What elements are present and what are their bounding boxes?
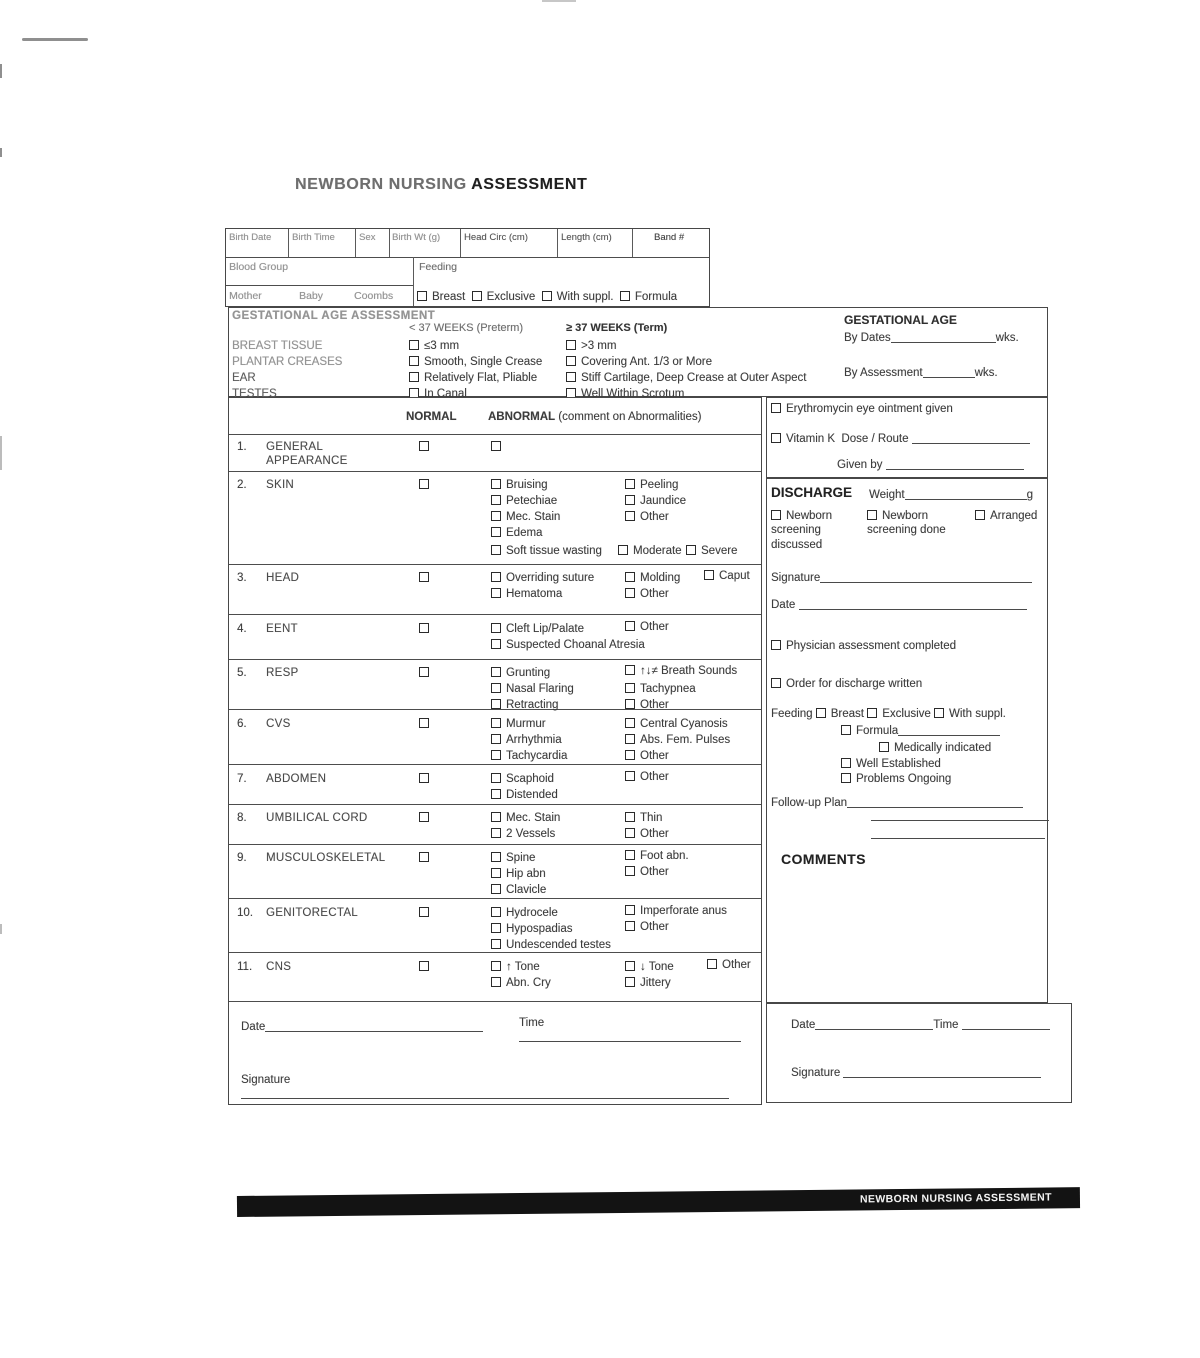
scan-artifact <box>22 38 88 41</box>
checkbox-tachypnea[interactable]: Tachypnea <box>625 682 696 696</box>
checkbox-severe[interactable]: Severe <box>686 544 737 558</box>
discharge-title: DISCHARGE <box>771 485 852 502</box>
checkbox-cns-other[interactable]: Other <box>707 958 751 972</box>
dose-route-label: Dose / Route <box>841 433 908 445</box>
checkbox-petechiae[interactable]: Petechiae <box>491 494 557 508</box>
followup-blank-3 <box>871 827 1045 839</box>
discharge-feeding-label: Feeding <box>771 708 813 720</box>
checkbox-msk-other[interactable]: Other <box>625 865 669 879</box>
checkbox-overriding-suture[interactable]: Overriding suture <box>491 571 594 585</box>
followup-blank-2 <box>871 809 1049 821</box>
row-label-umbilical-cord: UMBILICAL CORD <box>266 811 368 825</box>
checkbox-hematoma[interactable]: Hematoma <box>491 587 562 601</box>
checkbox-cvs-other[interactable]: Other <box>625 749 669 763</box>
feeding-label: Feeding <box>419 261 457 274</box>
checkbox-discharge-with-suppl[interactable]: With suppl. <box>934 708 1006 720</box>
checkbox-tachycardia[interactable]: Tachycardia <box>491 749 567 763</box>
row-label-cns: CNS <box>266 960 291 974</box>
checkbox-hypospadias[interactable]: Hypospadias <box>491 922 572 936</box>
time-blank <box>962 1018 1050 1030</box>
followup-label: Follow-up Plan <box>771 797 847 809</box>
checkbox-screening-done[interactable]: Newborn screening done <box>867 509 979 538</box>
checkbox-abdomen-other[interactable]: Other <box>625 770 669 784</box>
checkbox-abs-fem-pulses[interactable]: Abs. Fem. Pulses <box>625 733 730 747</box>
signature-label: Signature <box>791 1067 840 1079</box>
checkbox-arranged[interactable]: Arranged <box>975 509 1037 523</box>
checkbox-problems-ongoing[interactable]: Problems Ongoing <box>841 772 951 786</box>
checkbox-resp-other[interactable]: Other <box>625 698 669 712</box>
checkbox-feeding-formula[interactable]: Formula <box>620 291 677 303</box>
field-birth-time: Birth Time <box>292 232 335 244</box>
field-birth-date: Birth Date <box>229 232 271 244</box>
discharge-signature-blank <box>820 571 1032 583</box>
checkbox-clavicle[interactable]: Clavicle <box>491 883 546 897</box>
checkbox-moderate[interactable]: Moderate <box>618 544 682 558</box>
checkbox-normal-eent[interactable] <box>419 622 434 636</box>
checkbox-2-vessels[interactable]: 2 Vessels <box>491 827 555 841</box>
checkbox-hydrocele[interactable]: Hydrocele <box>491 906 558 920</box>
page-title: NEWBORN NURSING ASSESSMENT <box>295 175 587 195</box>
row-label-cvs: CVS <box>266 717 291 731</box>
checkbox-normal-head[interactable] <box>419 571 434 585</box>
checkbox-vitamin-k[interactable]: Vitamin K <box>771 433 835 445</box>
date-label: Date <box>791 1019 815 1031</box>
row-label-genitorectal: GENITORECTAL <box>266 906 358 920</box>
row-number: 3. <box>237 571 247 585</box>
discharge-date-blank <box>799 598 1027 610</box>
row-label-resp: RESP <box>266 666 299 680</box>
row-number: 5. <box>237 666 247 680</box>
checkbox-eent-other[interactable]: Other <box>625 620 669 634</box>
date-label: Date <box>241 1021 265 1033</box>
signature-blank <box>241 1087 729 1099</box>
checkbox-normal-general[interactable] <box>419 440 434 454</box>
checkbox-breath-sounds[interactable]: ↑↓≠ Breath Sounds <box>625 664 737 678</box>
signature-label: Signature <box>241 1074 290 1086</box>
scan-artifact <box>542 0 576 2</box>
checkbox-breast-term[interactable]: >3 mm <box>566 339 616 353</box>
checkbox-genitorectal-other[interactable]: Other <box>625 920 669 934</box>
mother-label: Mother <box>229 290 262 303</box>
scanned-form-page: NEWBORN NURSING ASSESSMENT Birth Date Bi… <box>0 0 1200 1358</box>
gestational-section-title: GESTATIONAL AGE ASSESSMENT <box>232 309 435 323</box>
checkbox-normal-abdomen[interactable] <box>419 772 434 786</box>
time-blank <box>519 1030 741 1042</box>
checkbox-plantar-term[interactable]: Covering Ant. 1/3 or More <box>566 355 712 369</box>
id-table: Birth Date Birth Time Sex Birth Wt (g) H… <box>225 228 710 307</box>
checkbox-distended[interactable]: Distended <box>491 788 558 802</box>
row-label-skin: SKIN <box>266 478 294 492</box>
date-blank <box>815 1018 933 1030</box>
checkbox-central-cyanosis[interactable]: Central Cyanosis <box>625 717 728 731</box>
formula-blank <box>898 724 1000 736</box>
field-band: Band # <box>654 232 684 244</box>
breast-tissue-label: BREAST TISSUE <box>232 339 322 353</box>
discharge-date-label: Date <box>771 599 795 611</box>
checkbox-normal-genitorectal[interactable] <box>419 906 434 920</box>
given-by-label: Given by <box>837 459 882 471</box>
checkbox-foot-abn[interactable]: Foot abn. <box>625 849 689 863</box>
footer-title: NEWBORN NURSING ASSESSMENT <box>860 1191 1052 1205</box>
right-signature-section: DateTime Signature <box>766 1003 1072 1103</box>
checkbox-discharge-breast[interactable]: Breast <box>816 708 864 720</box>
by-dates-label: By Dates <box>844 332 891 344</box>
row-number: 9. <box>237 851 247 865</box>
wks-label: wks. <box>996 332 1019 344</box>
checkbox-hip-abn[interactable]: Hip abn <box>491 867 546 881</box>
checkbox-thin[interactable]: Thin <box>625 811 662 825</box>
by-assessment-label: By Assessment <box>844 367 923 379</box>
by-dates-blank <box>891 331 996 343</box>
checkbox-normal-cvs[interactable] <box>419 717 434 731</box>
time-label: Time <box>519 1017 544 1029</box>
checkbox-increased-tone[interactable]: ↑ Tone <box>491 960 540 974</box>
field-sex: Sex <box>359 232 375 244</box>
checkbox-feeding-with-suppl[interactable]: With suppl. <box>542 291 614 303</box>
normal-column-header: NORMAL <box>406 410 456 424</box>
plantar-creases-label: PLANTAR CREASES <box>232 355 342 369</box>
checkbox-well-established[interactable]: Well Established <box>841 757 941 771</box>
assessment-table: NORMAL ABNORMAL (comment on Abnormalitie… <box>228 397 762 1105</box>
scan-artifact <box>0 64 2 78</box>
dose-route-blank <box>912 432 1030 444</box>
coombs-label: Coombs <box>354 290 393 303</box>
page-title-part1: NEWBORN NURSING <box>295 176 467 193</box>
checkbox-choanal-atresia[interactable]: Suspected Choanal Atresia <box>491 638 645 652</box>
row-number: 2. <box>237 478 247 492</box>
checkbox-medically-indicated[interactable]: Medically indicated <box>879 741 991 755</box>
scan-artifact <box>0 924 2 934</box>
checkbox-caput[interactable]: Caput <box>704 569 750 583</box>
baby-label: Baby <box>299 290 323 303</box>
checkbox-soft-tissue-wasting[interactable]: Soft tissue wasting <box>491 544 602 558</box>
checkbox-bruising[interactable]: Bruising <box>491 478 548 492</box>
checkbox-undescended-testes[interactable]: Undescended testes <box>491 938 611 952</box>
checkbox-cleft-lip-palate[interactable]: Cleft Lip/Palate <box>491 622 584 636</box>
checkbox-discharge-exclusive[interactable]: Exclusive <box>867 708 931 720</box>
scan-artifact <box>0 436 2 470</box>
checkbox-spine[interactable]: Spine <box>491 851 535 865</box>
checkbox-peeling[interactable]: Peeling <box>625 478 678 492</box>
abnormal-column-note: (comment on Abnormalities) <box>558 411 701 423</box>
field-head-circ: Head Circ (cm) <box>464 232 528 244</box>
term-column-header: ≥ 37 WEEKS (Term) <box>566 322 667 336</box>
checkbox-abnormal-general[interactable] <box>491 440 506 454</box>
checkbox-breast-preterm[interactable]: ≤3 mm <box>409 339 459 353</box>
scan-artifact <box>0 148 2 157</box>
checkbox-abn-cry[interactable]: Abn. Cry <box>491 976 551 990</box>
comments-title: COMMENTS <box>781 851 866 869</box>
preterm-column-header: < 37 WEEKS (Preterm) <box>409 322 523 336</box>
checkbox-umbilical-mec-stain[interactable]: Mec. Stain <box>491 811 560 825</box>
weight-blank <box>905 488 1027 500</box>
row-label-musculoskeletal: MUSCULOSKELETAL <box>266 851 385 865</box>
checkbox-normal-resp[interactable] <box>419 666 434 680</box>
checkbox-skin-other[interactable]: Other <box>625 510 669 524</box>
field-birth-wt: Birth Wt (g) <box>392 232 440 244</box>
checkbox-edema[interactable]: Edema <box>491 526 542 540</box>
ear-label: EAR <box>232 371 256 385</box>
checkbox-normal-msk[interactable] <box>419 851 434 865</box>
followup-blank-1 <box>847 796 1023 808</box>
checkbox-plantar-preterm[interactable]: Smooth, Single Crease <box>409 355 542 369</box>
checkbox-scaphoid[interactable]: Scaphoid <box>491 772 554 786</box>
checkbox-ear-preterm[interactable]: Relatively Flat, Pliable <box>409 371 537 385</box>
checkbox-grunting[interactable]: Grunting <box>491 666 550 680</box>
row-label-abdomen: ABDOMEN <box>266 772 326 786</box>
checkbox-decreased-tone[interactable]: ↓ Tone <box>625 960 674 974</box>
row-number: 7. <box>237 772 247 786</box>
checkbox-normal-umbilical[interactable] <box>419 811 434 825</box>
checkbox-order-discharge[interactable]: Order for discharge written <box>771 677 922 691</box>
checkbox-jittery[interactable]: Jittery <box>625 976 671 990</box>
checkbox-screening-discussed[interactable]: Newborn screening discussed <box>771 509 863 552</box>
wks-label: wks. <box>975 367 998 379</box>
meds-section: Erythromycin eye ointment given Vitamin … <box>766 397 1048 478</box>
checkbox-feeding-breast[interactable]: Breast <box>417 291 465 303</box>
row-number: 8. <box>237 811 247 825</box>
gestational-age-title: GESTATIONAL AGE <box>844 313 957 328</box>
row-number: 4. <box>237 622 247 636</box>
abnormal-column-header: ABNORMAL <box>488 411 555 423</box>
by-assessment-blank <box>923 366 975 378</box>
checkbox-discharge-formula[interactable]: Formula <box>841 725 898 737</box>
signature-blank <box>843 1066 1041 1078</box>
checkbox-erythromycin[interactable]: Erythromycin eye ointment given <box>771 402 953 416</box>
given-by-blank <box>886 458 1024 470</box>
page-title-part2: ASSESSMENT <box>471 176 587 193</box>
checkbox-molding[interactable]: Molding <box>625 571 680 585</box>
row-number: 10. <box>237 906 253 920</box>
row-number: 11. <box>237 960 252 974</box>
checkbox-normal-skin[interactable] <box>419 478 434 492</box>
date-blank <box>265 1020 483 1032</box>
row-label-head: HEAD <box>266 571 299 585</box>
gestational-age-section: GESTATIONAL AGE ASSESSMENT < 37 WEEKS (P… <box>228 307 1048 397</box>
row-label-eent: EENT <box>266 622 298 636</box>
checkbox-nasal-flaring[interactable]: Nasal Flaring <box>491 682 574 696</box>
checkbox-head-other[interactable]: Other <box>625 587 669 601</box>
discharge-signature-label: Signature <box>771 572 820 584</box>
checkbox-normal-cns[interactable] <box>419 960 434 974</box>
checkbox-arrhythmia[interactable]: Arrhythmia <box>491 733 562 747</box>
checkbox-jaundice[interactable]: Jaundice <box>625 494 686 508</box>
checkbox-imperforate-anus[interactable]: Imperforate anus <box>625 904 727 918</box>
row-number: 1. <box>237 440 247 454</box>
checkbox-murmur[interactable]: Murmur <box>491 717 546 731</box>
row-label-general-appearance: GENERAL APPEARANCE <box>266 440 381 469</box>
checkbox-umbilical-other[interactable]: Other <box>625 827 669 841</box>
checkbox-retracting[interactable]: Retracting <box>491 698 558 712</box>
checkbox-physician-assessment[interactable]: Physician assessment completed <box>771 639 956 653</box>
weight-label: Weight <box>869 489 905 501</box>
blood-group-label: Blood Group <box>229 261 288 274</box>
checkbox-ear-term[interactable]: Stiff Cartilage, Deep Crease at Outer As… <box>566 371 806 385</box>
field-length: Length (cm) <box>561 232 612 244</box>
discharge-section: DISCHARGE Weightg Newborn screening disc… <box>766 478 1048 1003</box>
checkbox-feeding-exclusive[interactable]: Exclusive <box>472 291 536 303</box>
weight-unit: g <box>1027 489 1033 501</box>
footer-bar: NEWBORN NURSING ASSESSMENT <box>237 1187 1080 1217</box>
checkbox-mec-stain[interactable]: Mec. Stain <box>491 510 560 524</box>
time-label: Time <box>933 1019 958 1031</box>
row-number: 6. <box>237 717 247 731</box>
